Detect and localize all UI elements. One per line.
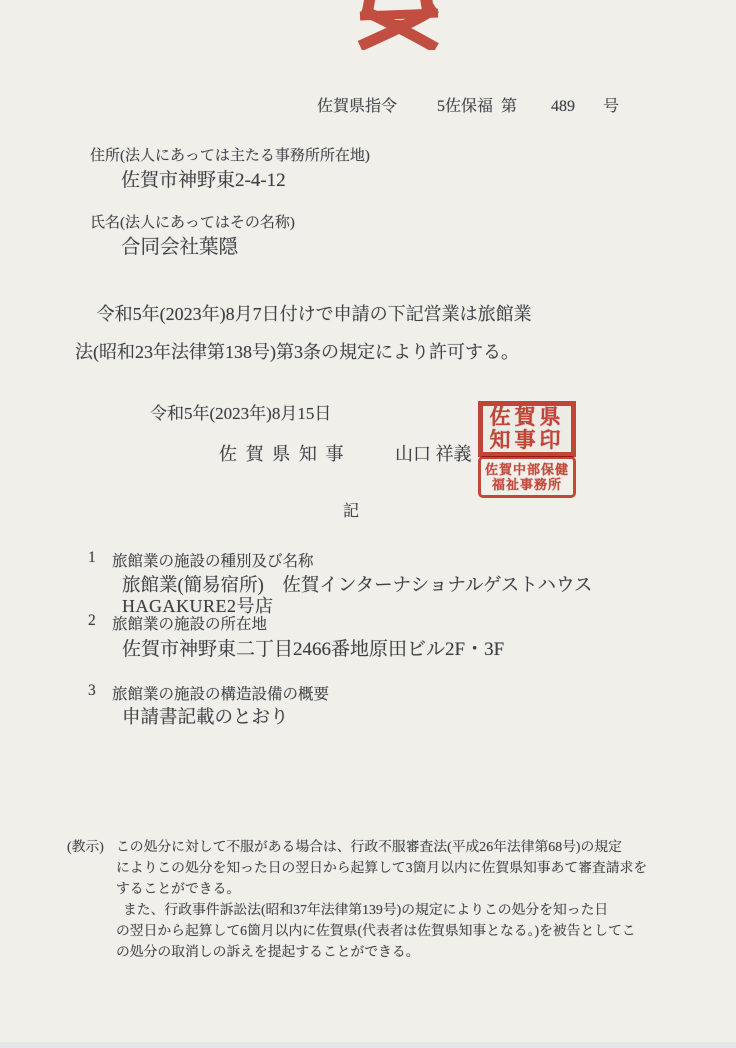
health-office-stamp: 佐賀中部保健 福祉事務所 bbox=[478, 456, 576, 498]
health-office-stamp-row-1: 佐賀中部保健 bbox=[481, 462, 573, 477]
name-label: 氏名(法人にあってはその名称) bbox=[90, 211, 295, 232]
directive-agency: 佐賀県指令 bbox=[317, 93, 397, 116]
item-3-heading: 3 旅館業の施設の構造設備の概要 bbox=[88, 682, 329, 704]
governor-seal-row-1: 佐賀県 bbox=[483, 406, 571, 429]
item-3-value-line-1: 申請書記載のとおり bbox=[122, 703, 289, 729]
item-1-number: 1 bbox=[88, 549, 112, 571]
governor-title: 佐賀県知事 bbox=[219, 440, 352, 466]
address-label: 住所(法人にあっては主たる事務所所在地) bbox=[90, 144, 370, 165]
appeal-note-text-1: この処分に対して不服がある場合は、行政不服審査法(平成26年法律第68号)の規定 bbox=[116, 835, 622, 855]
item-1-heading: 1 旅館業の施設の種別及び名称 bbox=[88, 549, 314, 571]
document-page: 佐賀県指令 5佐保福 第 489 号 住所(法人にあっては主たる事務所所在地) … bbox=[0, 0, 736, 1048]
scanner-edge-band bbox=[0, 1042, 736, 1048]
name-value: 合同会社葉隠 bbox=[121, 231, 238, 259]
directive-dai: 第 bbox=[501, 93, 517, 116]
permit-body-line-1: 令和5年(2023年)8月7日付けで申請の下記営業は旅館業 bbox=[75, 300, 532, 326]
governor-name: 山口 祥義 bbox=[395, 440, 472, 466]
item-2-value-line-1: 佐賀市神野東二丁目2466番地原田ビル2F・3F bbox=[122, 634, 504, 661]
appeal-note-line-6: の処分の取消しの訴えを提起することができる。 bbox=[116, 940, 420, 960]
item-2-heading: 2 旅館業の施設の所在地 bbox=[88, 612, 267, 634]
item-2-number: 2 bbox=[88, 612, 112, 634]
governor-seal-row-2: 知事印 bbox=[483, 429, 571, 452]
health-office-stamp-row-2: 福祉事務所 bbox=[481, 477, 573, 492]
section-marker: 記 bbox=[343, 498, 361, 521]
item-3-title: 旅館業の施設の構造設備の概要 bbox=[112, 682, 329, 704]
directive-code: 5佐保福 bbox=[437, 93, 493, 116]
item-2-title: 旅館業の施設の所在地 bbox=[112, 612, 267, 634]
appeal-note-line-2: によりこの処分を知った日の翌日から起算して3箇月以内に佐賀県知事あて審査請求を bbox=[116, 856, 647, 876]
permit-body-line-2: 法(昭和23年法律第138号)第3条の規定により許可する。 bbox=[75, 338, 519, 364]
appeal-note-label: (教示) bbox=[67, 835, 116, 855]
governor-seal: 佐賀県 知事印 bbox=[478, 401, 576, 457]
directive-suffix: 号 bbox=[603, 93, 619, 116]
issue-date: 令和5年(2023年)8月15日 bbox=[150, 399, 331, 424]
appeal-note-line-5: の翌日から起算して6箇月以内に佐賀県(代表者は佐賀県知事となる。)を被告としてこ bbox=[116, 919, 636, 939]
item-1-title: 旅館業の施設の種別及び名称 bbox=[112, 549, 314, 571]
appeal-note-line-3: することができる。 bbox=[116, 877, 240, 897]
appeal-note-line-1: (教示) この処分に対して不服がある場合は、行政不服審査法(平成26年法律第68… bbox=[67, 835, 622, 855]
directive-number: 489 bbox=[551, 98, 575, 116]
item-3-number: 3 bbox=[88, 682, 112, 704]
directive-number-line: 佐賀県指令 5佐保福 第 489 号 bbox=[317, 93, 619, 116]
address-value: 佐賀市神野東2-4-12 bbox=[121, 165, 286, 192]
appeal-note-line-4: また、行政事件訴訟法(昭和37年法律第139号)の規定によりこの処分を知った日 bbox=[123, 898, 608, 918]
red-seal-fragment-icon bbox=[352, 0, 445, 50]
